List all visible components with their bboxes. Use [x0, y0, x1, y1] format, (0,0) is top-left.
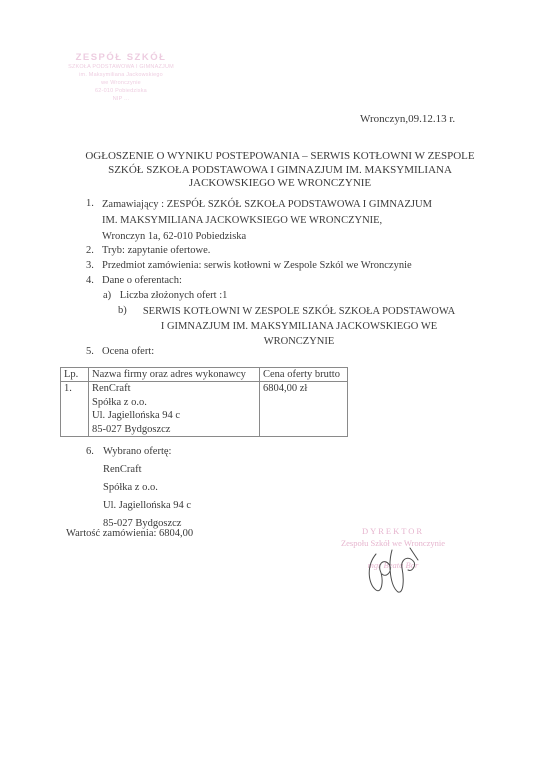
stamp-role: DYREKTOR: [318, 525, 468, 537]
item-text: Przedmiot zamówienia: serwis kotłowni w …: [102, 259, 502, 273]
stamp-title: ZESPÓŁ SZKÓŁ: [62, 52, 180, 63]
sub-text: I GIMNAZJUM IM. MAKSYMILIANA JACKOWSKIEG…: [134, 319, 464, 334]
signature-icon: [362, 540, 432, 600]
chosen-offer: 6. Wybrano ofertę: RenCraft Spółka z o.o…: [103, 443, 191, 533]
chosen-line: RenCraft: [103, 461, 191, 479]
place-date: Wronczyn,09.12.13 r.: [360, 112, 455, 126]
cell-lp: 1.: [61, 382, 89, 437]
school-stamp: ZESPÓŁ SZKÓŁ SZKOŁA PODSTAWOWA I GIMNAZJ…: [62, 52, 180, 103]
sub-label: a): [103, 290, 111, 301]
order-value: Wartość zamówienia: 6804,00: [66, 527, 193, 541]
chosen-line: Ul. Jagiellońska 94 c: [103, 497, 191, 515]
column-header-lp: Lp.: [61, 368, 89, 382]
item-text: Dane o oferentach:: [102, 274, 502, 288]
column-header-company: Nazwa firmy oraz adres wykonawcy: [89, 368, 260, 382]
sublist-item-offer-count: a) Liczba złożonych ofert :1: [103, 289, 483, 303]
sub-text: Liczba złożonych ofert :1: [120, 290, 228, 301]
company-line: RenCraft: [92, 382, 256, 396]
item-number: 4.: [86, 274, 100, 288]
table-row: 1. RenCraft Spółka z o.o. Ul. Jagiellońs…: [61, 382, 348, 437]
column-header-price: Cena oferty brutto: [260, 368, 348, 382]
item-text: Tryb: zapytanie ofertowe.: [102, 244, 502, 258]
stamp-line: NIP ...: [62, 95, 180, 103]
item-text: Wronczyn 1a, 62-010 Pobiedziska: [102, 229, 502, 245]
stamp-line: we Wronczynie: [62, 79, 180, 87]
company-line: Spółka z o.o.: [92, 396, 256, 410]
title-line: OGŁOSZENIE O WYNIKU POSTEPOWANIA – SERWI…: [60, 150, 500, 164]
offers-table: Lp. Nazwa firmy oraz adres wykonawcy Cen…: [60, 367, 348, 437]
document-title: OGŁOSZENIE O WYNIKU POSTEPOWANIA – SERWI…: [60, 150, 500, 191]
item-number: 6.: [86, 443, 94, 461]
item-text: Ocena ofert:: [102, 345, 502, 359]
cell-price: 6804,00 zł: [260, 382, 348, 437]
item-number: 3.: [86, 259, 100, 273]
item-number: 1.: [86, 197, 100, 211]
company-line: Ul. Jagiellońska 94 c: [92, 409, 256, 423]
item-text: Zamawiający : ZESPÓŁ SZKÓŁ SZKOŁA PODSTA…: [102, 197, 502, 213]
stamp-line: 62-010 Pobiedziska: [62, 87, 180, 95]
stamp-line: SZKOŁA PODSTAWOWA I GIMNAZJUM: [62, 63, 180, 71]
company-line: 85-027 Bydgoszcz: [92, 423, 256, 437]
item-number: 5.: [86, 345, 100, 359]
chosen-label: Wybrano ofertę:: [103, 443, 191, 461]
item-number: 2.: [86, 244, 100, 258]
title-line: SZKÓŁ SZKOŁA PODSTAWOWA I GIMNAZJUM IM. …: [60, 164, 500, 178]
sub-text: SERWIS KOTŁOWNI W ZESPOLE SZKÓŁ SZKOŁA P…: [134, 304, 464, 319]
cell-company: RenCraft Spółka z o.o. Ul. Jagiellońska …: [89, 382, 260, 437]
stamp-line: im. Maksymiliana Jackowskiego: [62, 71, 180, 79]
title-line: JACKOWSKIEGO WE WRONCZYNIE: [60, 177, 500, 191]
chosen-line: Spółka z o.o.: [103, 479, 191, 497]
table-header-row: Lp. Nazwa firmy oraz adres wykonawcy Cen…: [61, 368, 348, 382]
item-text: IM. MAKSYMILIANA JACKOWKSIEGO WE WRONCZY…: [102, 213, 502, 229]
sub-label: b): [118, 304, 127, 318]
